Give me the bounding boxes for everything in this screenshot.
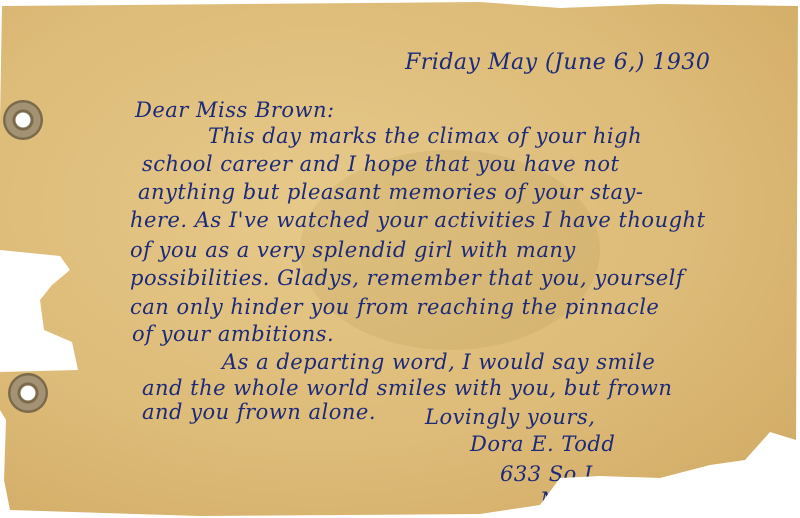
letter-salutation: Dear Miss Brown: xyxy=(135,98,335,122)
body-line-10: and the whole world smiles with you, but… xyxy=(142,376,672,400)
body-line-4: here. As I've watched your activities I … xyxy=(130,208,706,232)
body-line-7: can only hinder you from reaching the pi… xyxy=(130,295,659,319)
grommet-hole-bottom xyxy=(8,373,48,413)
body-line-3: anything but pleasant memories of your s… xyxy=(138,180,643,204)
body-line-5: of you as a very splendid girl with many xyxy=(130,238,576,262)
body-line-1: This day marks the climax of your high xyxy=(208,124,642,148)
letter-closing: Lovingly yours, xyxy=(425,405,595,429)
letter-paper: Friday May (June 6,) 1930 Dear Miss Brow… xyxy=(0,0,800,518)
address-line-1: 633 So L xyxy=(500,462,598,486)
address-line-2: Me xyxy=(540,488,575,512)
letter-signature: Dora E. Todd xyxy=(470,432,615,456)
body-line-9: As a departing word, I would say smile xyxy=(222,350,655,374)
body-line-6: possibilities. Gladys, remember that you… xyxy=(130,266,684,290)
body-line-8: of your ambitions. xyxy=(132,322,334,346)
letter-date: Friday May (June 6,) 1930 xyxy=(405,50,710,75)
grommet-hole-top xyxy=(3,100,43,140)
body-line-2: school career and I hope that you have n… xyxy=(142,152,619,176)
body-line-11: and you frown alone. xyxy=(142,400,376,424)
